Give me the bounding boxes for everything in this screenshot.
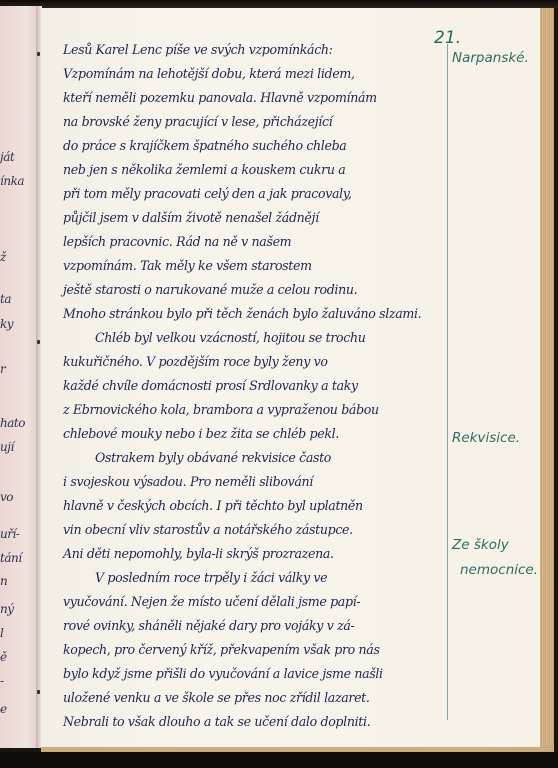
text-line: Ani děti nepomohly, byla-li skrýš prozra… xyxy=(63,546,334,561)
text-line: rové ovinky, sháněli nějaké dary pro voj… xyxy=(63,618,354,633)
text-line: lepších pracovnic. Rád na ně v našem xyxy=(63,234,291,249)
text-line: kteří neměli pozemku panovala. Hlavně vz… xyxy=(63,90,377,105)
binding-stitch xyxy=(37,52,40,56)
scan-top-shadow xyxy=(0,0,558,8)
left-page-text-fragment: ky xyxy=(0,317,13,331)
text-line: kopech, pro červený kříž, překvapením vš… xyxy=(63,642,380,657)
text-line: neb jen s několika žemlemi a kouskem cuk… xyxy=(63,162,345,177)
left-page-text-fragment: ě xyxy=(0,650,7,664)
left-page-text-fragment: uří- xyxy=(0,527,19,541)
text-line: uložené venku a ve škole se přes noc zří… xyxy=(63,690,370,705)
text-line: Mnoho stránkou bylo při těch ženách bylo… xyxy=(63,306,421,321)
left-page-text-fragment: ují xyxy=(0,440,14,454)
left-page-text-fragment: vo xyxy=(0,490,13,504)
page-number: 21. xyxy=(434,28,461,48)
text-line: Lesů Karel Lenc píše ve svých vzpomínkác… xyxy=(63,42,333,57)
text-line: vzpomínám. Tak měly ke všem starostem xyxy=(63,258,312,273)
left-page-text-fragment: - xyxy=(0,674,4,688)
left-page-fragment: játínkažtakyrhatoujívouří-tánínnýlě-e xyxy=(0,6,38,748)
text-line: Ostrakem byly obávané rekvisice často xyxy=(95,450,331,465)
margin-heading: nemocnice. xyxy=(460,562,538,578)
text-line: z Ebrnovického kola, brambora a vypražen… xyxy=(63,402,379,417)
binding-stitch xyxy=(37,340,40,344)
text-line: V posledním roce trpěly i žáci války ve xyxy=(95,570,327,585)
left-page-text-fragment: ta xyxy=(0,292,11,306)
left-page-text-fragment: r xyxy=(0,362,5,376)
margin-heading: Ze školy xyxy=(452,537,509,553)
left-page-text-fragment: e xyxy=(0,702,7,716)
text-line: Chléb byl velkou vzácností, hojitou se t… xyxy=(95,330,365,345)
left-page-text-fragment: l xyxy=(0,626,3,640)
text-line: na brovské ženy pracující v lese, přichá… xyxy=(63,114,332,129)
page-edges-right xyxy=(540,8,554,752)
left-page-text-fragment: ný xyxy=(0,602,14,616)
margin-rule xyxy=(447,44,448,720)
text-line: hlavně v českých obcích. I při těchto by… xyxy=(63,498,363,513)
binding-stitch xyxy=(37,690,40,694)
text-line: i svojeskou výsadou. Pro neměli slibován… xyxy=(63,474,313,489)
text-line: každé chvíle domácnosti prosí Srdlovanky… xyxy=(63,378,358,393)
text-line: Nebrali to však dlouho a tak se učení da… xyxy=(63,714,370,729)
text-line: při tom měly pracovati celý den a jak pr… xyxy=(63,186,352,201)
text-line: do práce s krajíčkem špatného suchého ch… xyxy=(63,138,346,153)
text-line: chlebové mouky nebo i bez žita se chléb … xyxy=(63,426,339,441)
left-page-text-fragment: ínka xyxy=(0,174,24,188)
left-page-text-fragment: tání xyxy=(0,551,22,565)
text-line: vin obecní vliv starostův a notářského z… xyxy=(63,522,353,537)
text-line: kukuřičného. V pozdějším roce byly ženy … xyxy=(63,354,328,369)
scan-bottom-shadow xyxy=(0,752,558,768)
text-line: Vzpomínám na lehotější dobu, která mezi … xyxy=(63,66,355,81)
left-page-text-fragment: hato xyxy=(0,416,25,430)
left-page-text-fragment: ž xyxy=(0,250,6,264)
text-line: vyučování. Nejen že místo učení dělali j… xyxy=(63,594,360,609)
margin-heading: Rekvisice. xyxy=(452,430,520,446)
margin-heading: Narpanské. xyxy=(452,50,529,66)
left-page-text-fragment: ját xyxy=(0,150,14,164)
text-line: půjčil jsem v dalším životě nenašel žádn… xyxy=(63,210,319,225)
text-line: bylo když jsme přišli do vyučování a lav… xyxy=(63,666,383,681)
text-line: ještě starosti o narukované muže a celou… xyxy=(63,282,357,297)
left-page-text-fragment: n xyxy=(0,574,7,588)
